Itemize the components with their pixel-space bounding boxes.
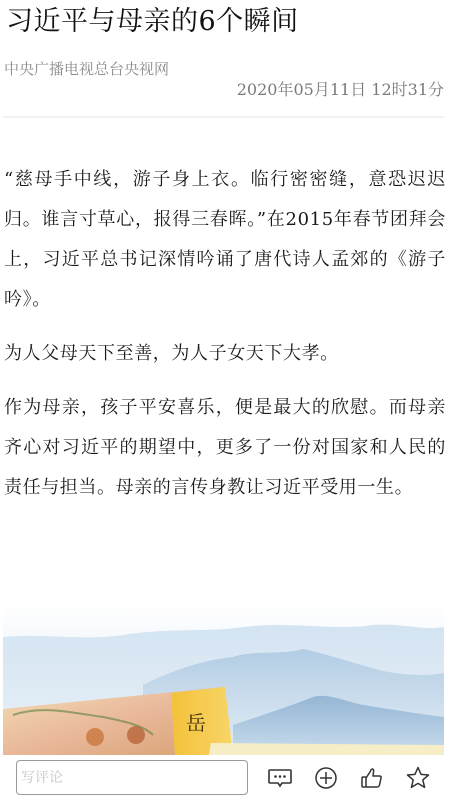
like-icon [360, 766, 384, 790]
article-title: 习近平与母亲的6个瞬间 [6, 4, 299, 40]
favorite-button[interactable] [404, 764, 432, 792]
hero-image: 岳 [3, 605, 444, 755]
article-datetime: 2020年05月11日 12时31分 [237, 79, 444, 101]
header-divider [3, 116, 444, 118]
comment-button[interactable] [266, 764, 294, 792]
paragraph: 作为母亲，孩子平安喜乐，便是最大的欣慰。而母亲齐心对习近平的期望中，更多了一份对… [4, 388, 446, 508]
add-icon [314, 766, 338, 790]
add-button[interactable] [312, 764, 340, 792]
comment-icon [267, 766, 293, 790]
comment-input[interactable] [16, 760, 248, 795]
article-body: “慈母手中线，游子身上衣。临行密密缝，意恐迟迟归。谁言寸草心，报得三春晖。”在2… [4, 160, 446, 522]
article: 习近平与母亲的6个瞬间 中央广播电视总台央视网 2020年05月11日 12时3… [0, 0, 450, 755]
paragraph: 为人父母天下至善，为人子女天下大孝。 [4, 334, 446, 374]
svg-text:岳: 岳 [186, 711, 206, 735]
star-icon [405, 765, 431, 791]
mountain-landscape-illustration: 岳 [3, 605, 444, 755]
article-source: 中央广播电视总台央视网 [4, 59, 169, 79]
bottom-action-bar [0, 755, 450, 800]
like-button[interactable] [358, 764, 386, 792]
paragraph: “慈母手中线，游子身上衣。临行密密缝，意恐迟迟归。谁言寸草心，报得三春晖。”在2… [4, 160, 446, 320]
